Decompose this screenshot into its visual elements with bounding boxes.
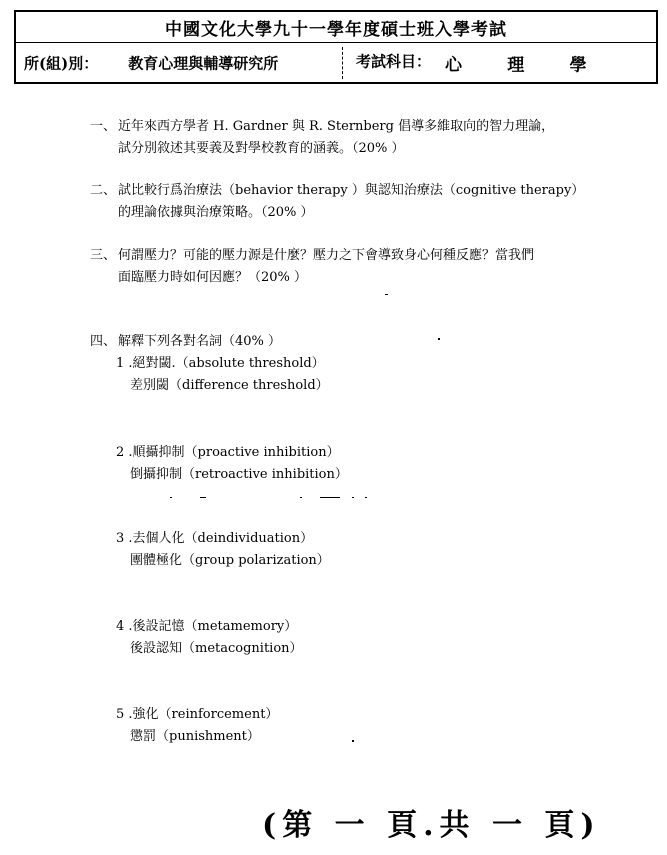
question-text: 解釋下列各對名詞（40% ） — [118, 334, 281, 349]
question-text-cont: 的理論依據與治療策略。（20% ） — [90, 202, 584, 224]
question-text-cont: 試分別敘述其要義及對學校教育的涵義。（20% ） — [90, 138, 554, 160]
question-number: 三、 — [90, 245, 118, 267]
scan-speck — [300, 497, 302, 498]
question-text: 近年來西方學者 H. Gardner 與 R. Sternberg 倡導多維取向… — [118, 119, 554, 134]
scan-speck — [320, 497, 340, 498]
question-3: 三、何謂壓力？可能的壓力源是什麼？壓力之下會導致身心何種反應？當我們 面臨壓力時… — [90, 245, 534, 289]
term-pair-1: 1 .絕對閾.（absolute threshold） 差別閾（differen… — [116, 353, 329, 397]
term-pair-3: 3 .去個人化（deindividuation） 團體極化（group pola… — [116, 528, 330, 572]
term-pair-4: 4 .後設記憶（metamemory） 後設認知（metacognition） — [116, 616, 303, 660]
term-pair-2: 2 .順攝抑制（proactive inhibition） 倒攝抑制（retro… — [116, 442, 348, 486]
term-second: 懲罰（punishment） — [116, 726, 278, 748]
term-second: 差別閾（difference threshold） — [116, 375, 329, 397]
scan-speck — [438, 338, 440, 340]
page-number: (第 一 頁.共 一 頁) — [262, 800, 601, 844]
question-number: 一、 — [90, 116, 118, 138]
question-text: 何謂壓力？可能的壓力源是什麼？壓力之下會導致身心何種反應？當我們 — [118, 248, 534, 263]
term-second: 團體極化（group polarization） — [116, 550, 330, 572]
question-2: 二、試比較行爲治療法（behavior therapy ）與認知治療法（cogn… — [90, 180, 584, 224]
subject-label: 考試科目： — [356, 51, 431, 76]
question-text: 試比較行爲治療法（behavior therapy ）與認知治療法（cognit… — [118, 183, 584, 198]
exam-title: 中國文化大學九十一學年度碩士班入學考試 — [16, 12, 656, 43]
scan-speck — [385, 294, 388, 295]
exam-header: 中國文化大學九十一學年度碩士班入學考試 所(組)別： 教育心理與輔導研究所 考試… — [14, 10, 658, 84]
scan-speck — [200, 497, 206, 498]
question-text-cont: 面臨壓力時如何因應？（20% ） — [90, 267, 534, 289]
term-second: 倒攝抑制（retroactive inhibition） — [116, 464, 348, 486]
scan-speck — [352, 740, 354, 742]
scan-speck — [170, 497, 172, 498]
question-number: 二、 — [90, 180, 118, 202]
department-field: 所(組)別： 教育心理與輔導研究所 — [24, 53, 278, 74]
header-divider — [342, 47, 343, 79]
department-label: 所(組)別： — [24, 53, 98, 74]
scan-speck — [352, 497, 354, 498]
term-first: 4 .後設記憶（metamemory） — [116, 616, 303, 638]
term-first: 2 .順攝抑制（proactive inhibition） — [116, 442, 348, 464]
term-first: 1 .絕對閾.（absolute threshold） — [116, 353, 329, 375]
question-4: 四、解釋下列各對名詞（40% ） — [90, 331, 281, 353]
question-1: 一、近年來西方學者 H. Gardner 與 R. Sternberg 倡導多維… — [90, 116, 554, 160]
term-second: 後設認知（metacognition） — [116, 638, 303, 660]
exam-info-row: 所(組)別： 教育心理與輔導研究所 考試科目： 心 理 學 — [16, 43, 656, 83]
scan-speck — [365, 497, 367, 498]
term-first: 5 .強化（reinforcement） — [116, 704, 278, 726]
subject-value: 心 理 學 — [445, 51, 626, 76]
subject-field: 考試科目： 心 理 學 — [356, 51, 626, 76]
term-first: 3 .去個人化（deindividuation） — [116, 528, 330, 550]
term-pair-5: 5 .強化（reinforcement） 懲罰（punishment） — [116, 704, 278, 748]
department-value: 教育心理與輔導研究所 — [128, 53, 278, 74]
question-number: 四、 — [90, 331, 118, 353]
